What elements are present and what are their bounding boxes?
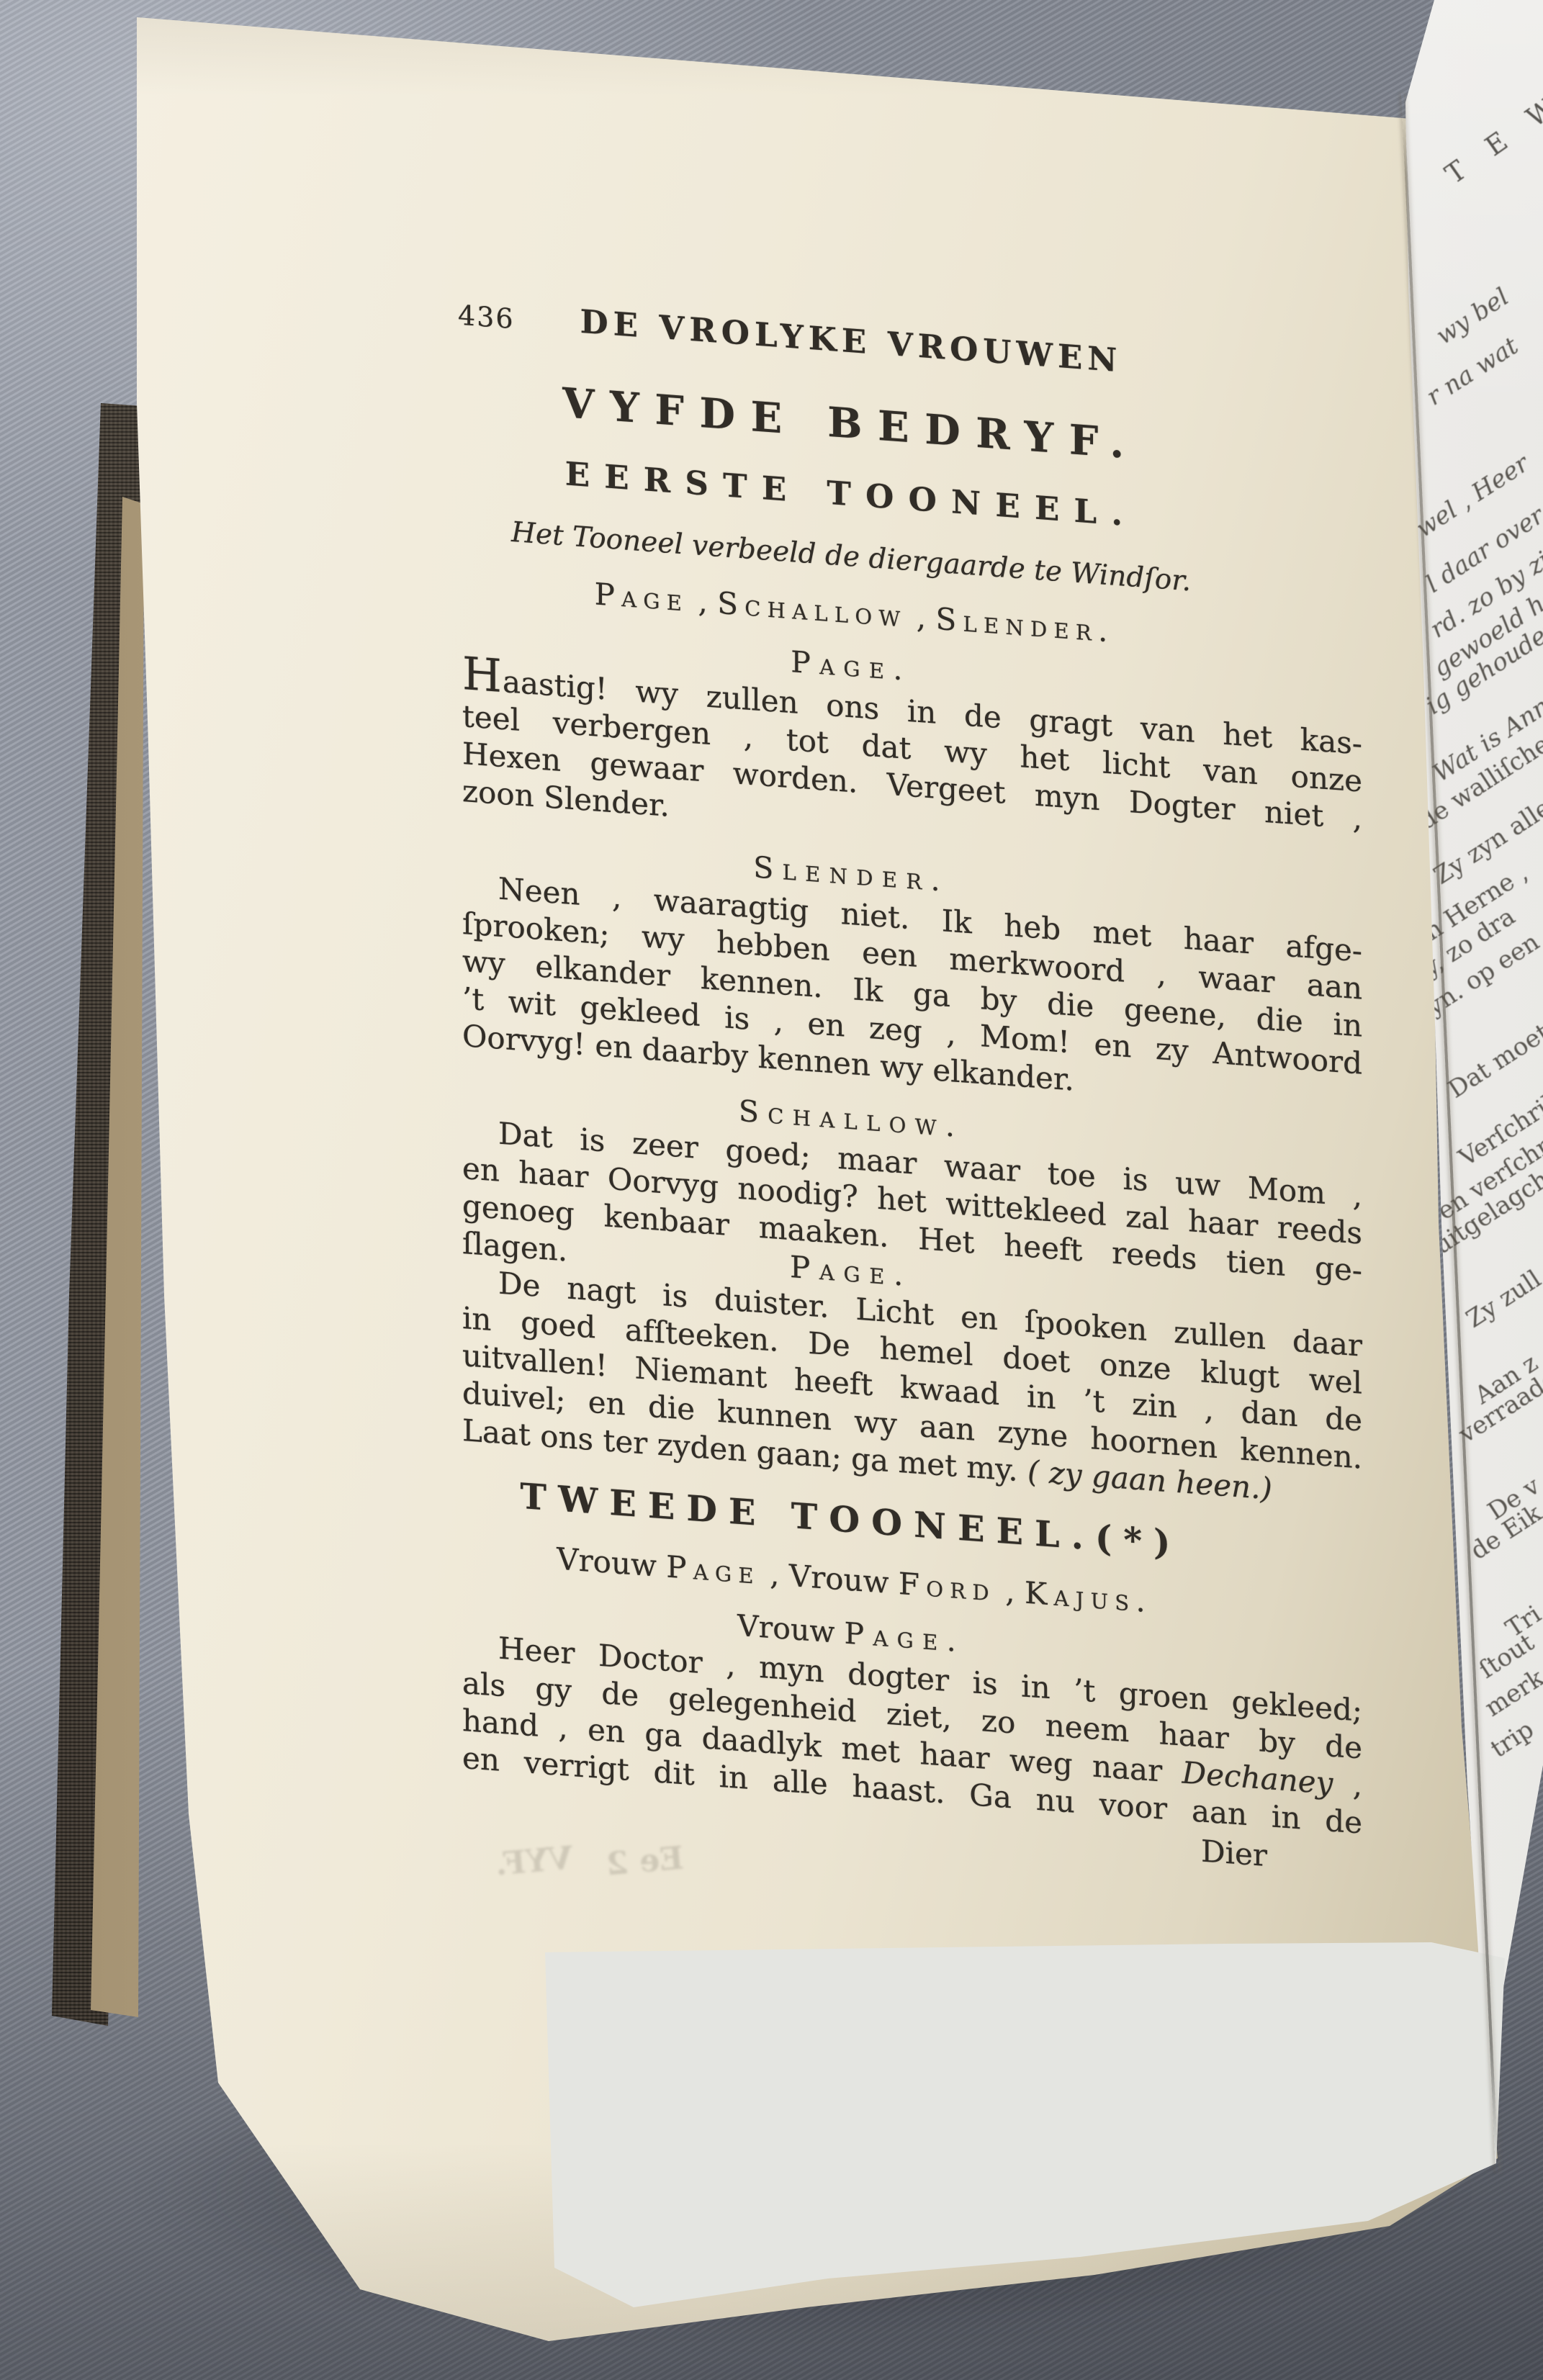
text-segment: Page. [791,644,911,688]
text-segment: , [907,599,935,636]
text-segment: . [1135,1583,1145,1619]
text-segment: , [996,1573,1025,1610]
ghost-text: VYF. [494,1839,575,1883]
text-segment: , [688,583,717,621]
page-fragment: r na wat [1421,331,1524,411]
page-fragment: trip [1485,1715,1539,1764]
text-segment: Vrouw [737,1608,844,1651]
text-segment: Ford [899,1566,996,1608]
text-segment: Page [666,1549,760,1591]
text-segment: . [1098,613,1107,649]
book-photo: VYF.Ee 2 T E Wwy belr na watwel , Heerl … [0,0,1543,2380]
ghost-text: Ee 2 [605,1839,685,1883]
page-fragment: Zy zull [1461,1264,1543,1333]
text-segment: Kajus [1025,1575,1135,1618]
text-segment: , [1333,1766,1362,1803]
text-segment: H [462,647,503,703]
left-page-text: 436 DE VROLYKE VROUWEN VYFDE BEDRYF.EERS… [462,294,1362,1880]
page-number: 436 [458,299,515,335]
text-segment: Slender [935,601,1098,648]
text-segment: Page. [845,1615,965,1659]
text-segment: Vrouw [789,1558,899,1601]
text-body: VYFDE BEDRYF.EERSTE TOONEEL.Het Tooneel … [462,371,1362,1880]
text-segment: Page [595,576,689,618]
text-segment: Schallow [717,585,907,634]
page-fragment: Dat moet [1443,1018,1543,1104]
text-segment: , [760,1556,789,1593]
page-fragment: T E W [1440,86,1543,190]
text-segment: Vrouw [557,1541,666,1585]
